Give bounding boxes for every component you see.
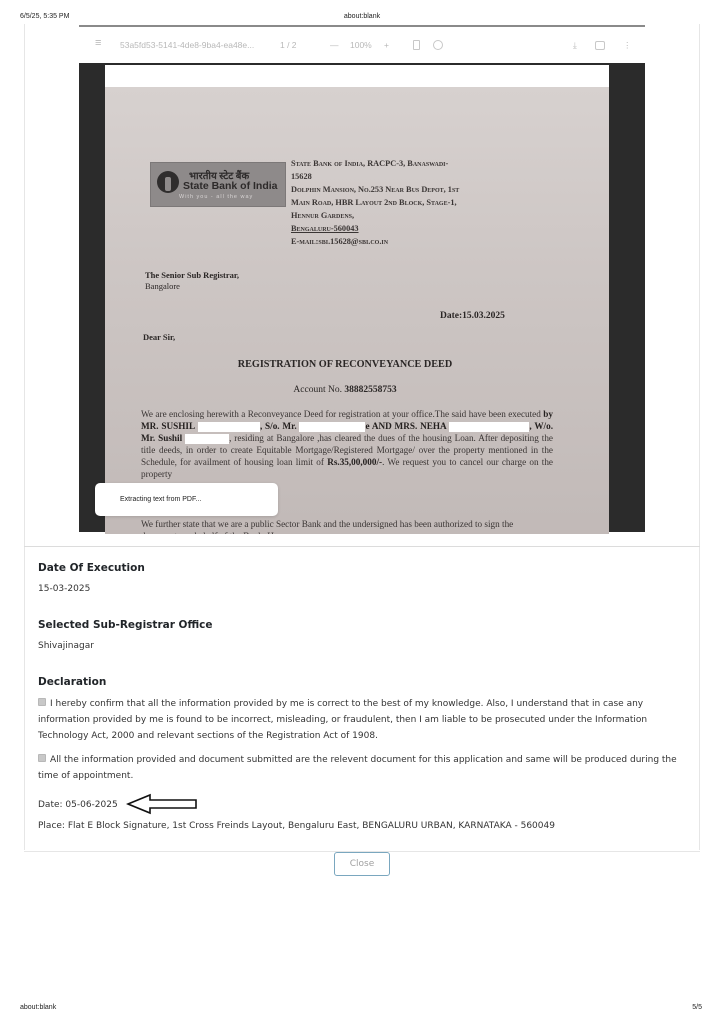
print-url: about:blank (20, 1004, 56, 1011)
letter-body-2: We further state that we are a public Se… (141, 518, 553, 534)
section-divider (24, 546, 700, 547)
letter-subject: REGISTRATION OF RECONVEYANCE DEED (105, 359, 585, 370)
execution-date-label: Date Of Execution (38, 562, 145, 574)
sbi-logo-icon (157, 171, 179, 193)
pdf-filename: 53a5fd53-5141-4de8-9ba4-ea48e... (120, 39, 254, 51)
declaration-date: Date: 05-06-2025 (38, 800, 118, 810)
arrow-left-icon (126, 793, 198, 815)
letter-body: We are enclosing herewith a Reconveyance… (141, 408, 553, 480)
redaction (449, 422, 529, 432)
office-value: Shivajinagar (38, 641, 94, 651)
letter-date: Date:15.03.2025 (440, 311, 505, 321)
zoom-out-icon[interactable]: — (330, 39, 339, 51)
pdf-viewer: ≡ 53a5fd53-5141-4de8-9ba4-ea48e... 1 / 2… (79, 25, 645, 532)
close-button[interactable]: Close (334, 852, 390, 876)
pdf-page: भारतीय स्टेट बैंक State Bank of India Wi… (105, 65, 609, 534)
declaration-2-checkbox[interactable] (38, 754, 46, 762)
redaction (198, 422, 260, 432)
declaration-label: Declaration (38, 676, 106, 688)
print-title: about:blank (0, 13, 724, 20)
sbi-logo: भारतीय स्टेट बैंक State Bank of India Wi… (150, 162, 286, 207)
menu-icon[interactable]: ≡ (95, 37, 101, 49)
print-page-number: 5/5 (692, 1004, 702, 1011)
redaction (185, 434, 229, 444)
print-icon[interactable] (595, 41, 605, 50)
download-icon[interactable]: ⤓ (573, 39, 577, 51)
rotate-icon[interactable] (433, 40, 443, 50)
zoom-in-icon[interactable]: + (384, 39, 389, 51)
extracting-toast: Extracting text from PDF... (95, 483, 278, 516)
declaration-1: I hereby confirm that all the informatio… (38, 696, 696, 744)
scanned-letter: भारतीय स्टेट बैंक State Bank of India Wi… (105, 87, 609, 534)
declaration-2: All the information provided and documen… (38, 752, 696, 784)
zoom-level[interactable]: 100% (350, 39, 372, 51)
redaction (299, 422, 365, 432)
fit-page-icon[interactable] (413, 40, 420, 50)
addressee: The Senior Sub Registrar, Bangalore (145, 270, 239, 292)
pdf-toolbar: ≡ 53a5fd53-5141-4de8-9ba4-ea48e... 1 / 2… (79, 27, 645, 63)
declaration-1-checkbox[interactable] (38, 698, 46, 706)
declaration-place: Place: Flat E Block Signature, 1st Cross… (38, 821, 555, 831)
execution-date-value: 15-03-2025 (38, 584, 90, 594)
bank-address: State Bank of India, RACPC-3, Banaswadi-… (291, 157, 551, 248)
page-indicator[interactable]: 1 / 2 (280, 39, 297, 51)
more-icon[interactable]: ⋮ (623, 39, 632, 51)
office-label: Selected Sub-Registrar Office (38, 619, 213, 631)
salutation: Dear Sir, (143, 332, 175, 342)
account-number: Account No. 38882558753 (105, 385, 585, 395)
